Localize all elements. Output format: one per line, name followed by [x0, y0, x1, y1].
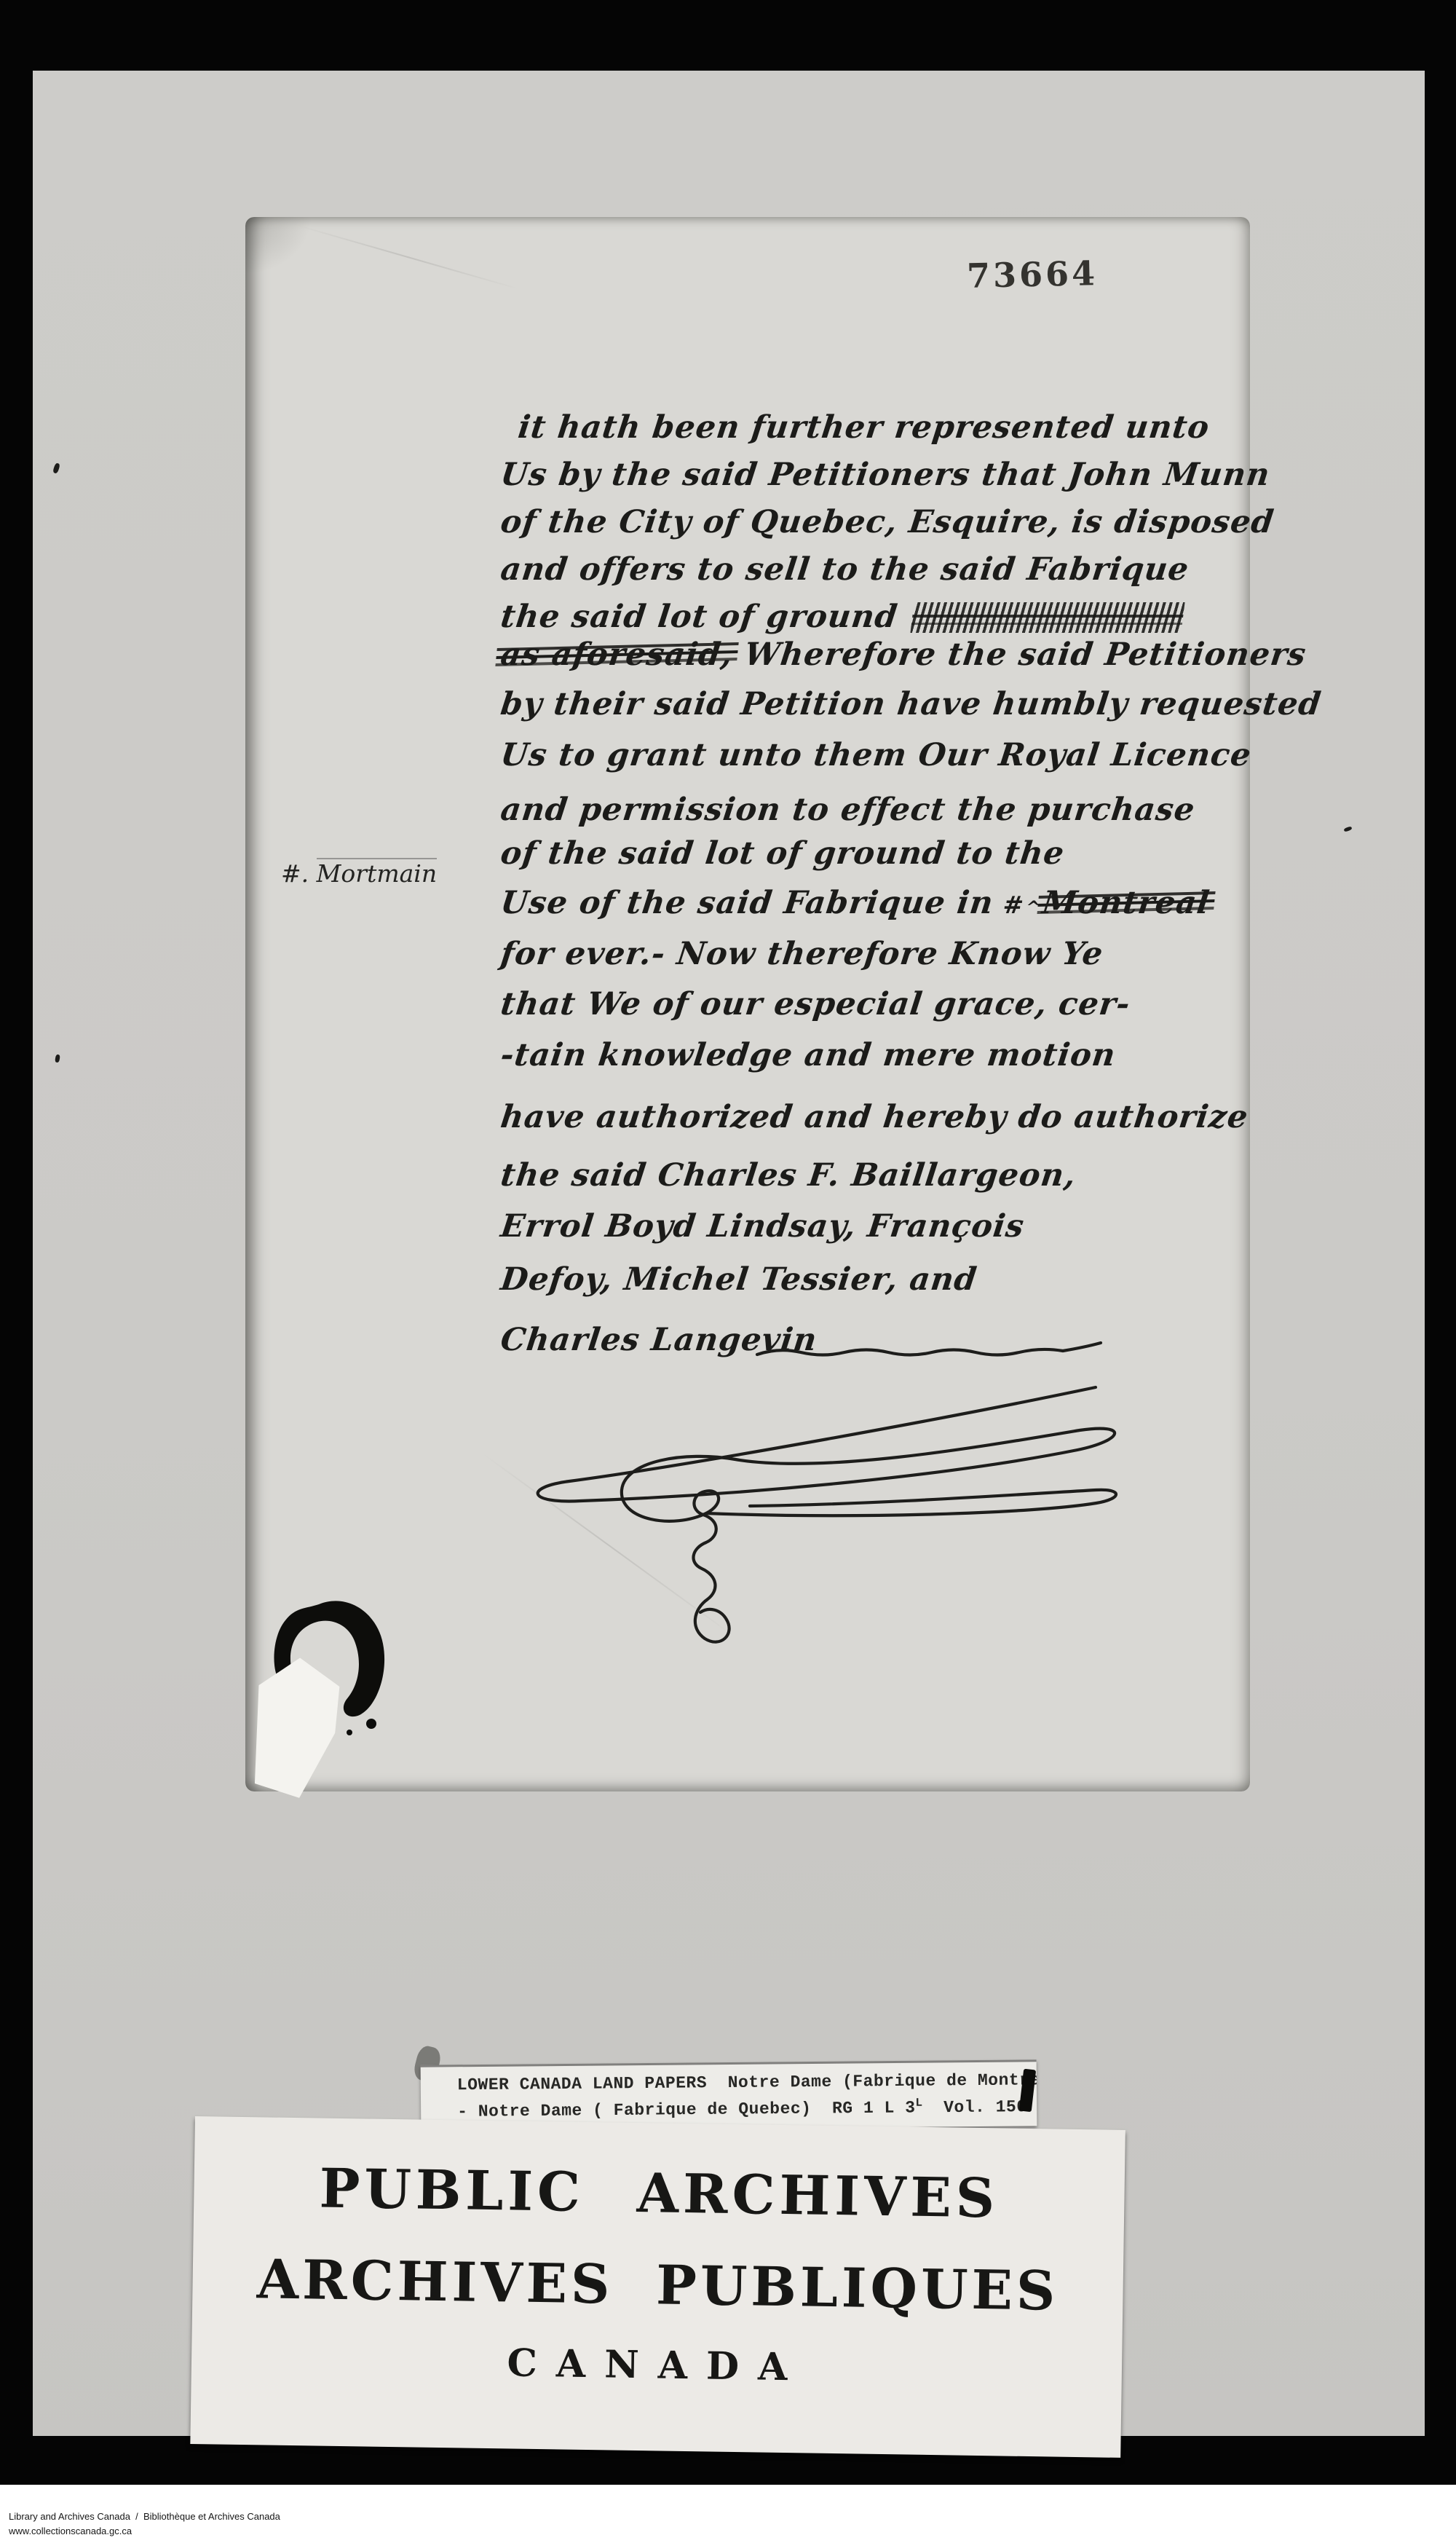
insertion-caret: ^ — [1024, 896, 1042, 918]
public-archives-line: PUBLIC ARCHIVES — [194, 2156, 1125, 2232]
manuscript-line: -tain knowledge and mere motion — [501, 1037, 1115, 1073]
struck-words: as aforesaid, — [499, 636, 735, 673]
folio-number-stamp: 73664 — [966, 253, 1098, 296]
margin-hash-mark: #. — [281, 859, 309, 888]
manuscript-line: Us by the said Petitioners that John Mun… — [501, 457, 1270, 493]
manuscript-line: Defoy, Michel Tessier, and — [501, 1261, 977, 1298]
insertion-hash-mark: # — [1002, 891, 1026, 919]
manuscript-line: Use of the said Fabrique in#^Montreal — [501, 885, 1210, 921]
archives-publiques-line: ARCHIVES PUBLIQUES — [192, 2247, 1123, 2324]
manuscript-line: Errol Boyd Lindsay, François — [501, 1208, 1024, 1245]
manuscript-line: of the City of Quebec, Esquire, is dispo… — [501, 504, 1274, 540]
canada-line: CANADA — [191, 2336, 1123, 2394]
footer-credit: Library and Archives Canada / Bibliothèq… — [9, 2511, 280, 2522]
manuscript-line: the said lot of ground — [501, 599, 1183, 635]
manuscript-line: and permission to effect the purchase — [501, 792, 1195, 828]
manuscript-line: Us to grant unto them Our Royal Licence — [501, 737, 1251, 773]
manuscript-line: by their said Petition have humbly reque… — [501, 686, 1321, 722]
struck-word: Montreal — [1040, 885, 1212, 921]
manuscript-line: Charles Langevin — [501, 1322, 817, 1358]
manuscript-line: and offers to sell to the said Fabrique — [501, 551, 1189, 588]
manuscript-line: as aforesaid, Wherefore the said Petitio… — [501, 636, 1306, 673]
margin-annotation: #. Mortmain — [281, 859, 437, 888]
manuscript-line: for ever.- Now therefore Know Ye — [501, 936, 1103, 972]
manuscript-line: the said Charles F. Baillargeon, — [501, 1157, 1076, 1194]
footer-url: www.collectionscanada.gc.ca — [9, 2526, 132, 2536]
manuscript-line: have authorized and hereby do authorize — [501, 1099, 1248, 1135]
manuscript-line: of the said lot of ground to the — [501, 835, 1064, 872]
footer-strip: Library and Archives Canada / Bibliothèq… — [0, 2485, 1456, 2543]
archives-stamp-card: PUBLIC ARCHIVES ARCHIVES PUBLIQUES CANAD… — [190, 2116, 1125, 2458]
scribbled-out-words — [910, 602, 1184, 633]
manuscript-line: it hath been further represented unto — [518, 409, 1209, 446]
margin-word: Mortmain — [317, 858, 437, 888]
reference-line-1: LOWER CANADA LAND PAPERS Notre Dame (Fab… — [457, 2070, 1037, 2094]
reference-line-2: - Notre Dame ( Fabrique de Quebec) RG 1 … — [457, 2095, 1027, 2121]
manuscript-line: that We of our especial grace, cer- — [501, 986, 1130, 1022]
archival-scan: 73664 #. Mortmain it hath been further r… — [0, 0, 1456, 2543]
